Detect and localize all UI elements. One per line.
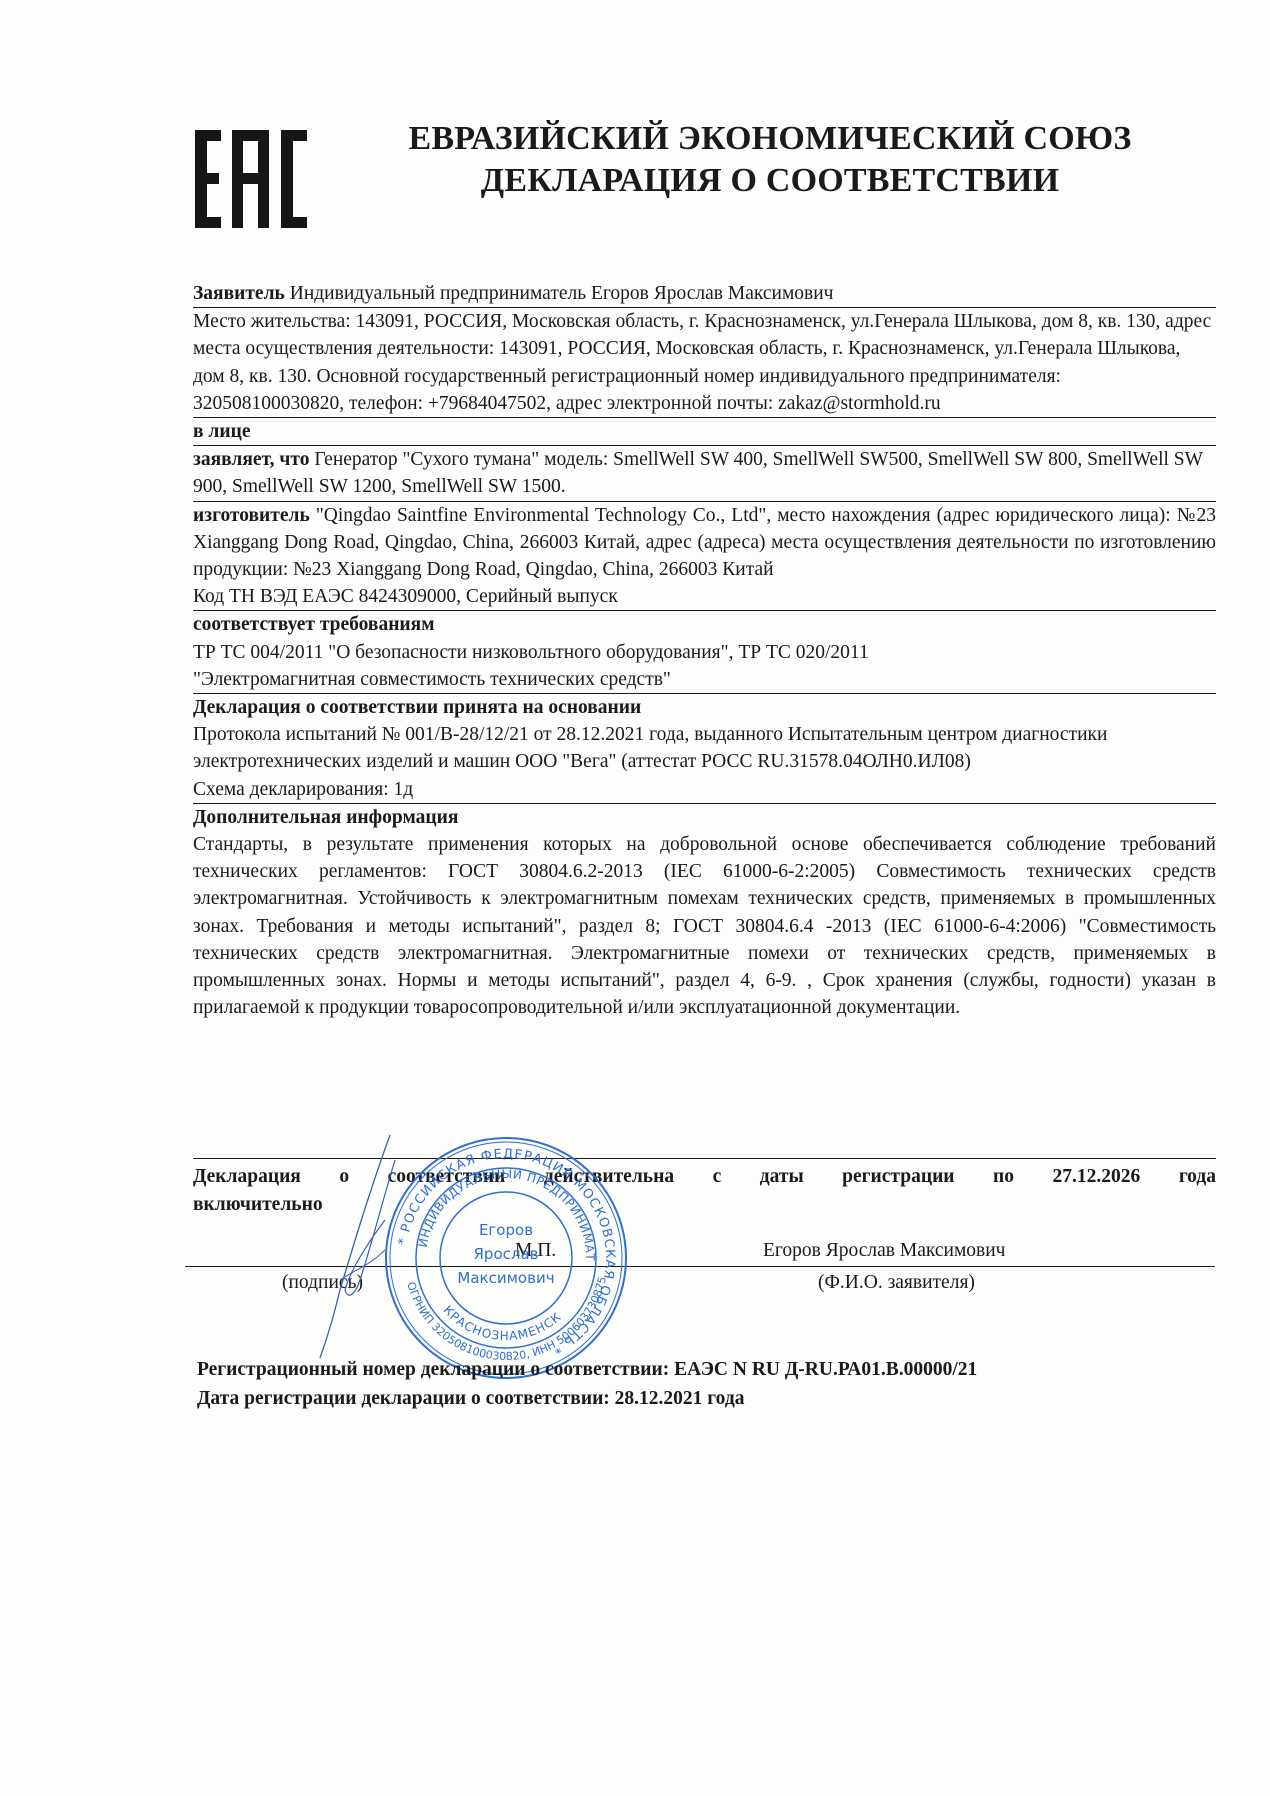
stamp-center-line3: Максимович <box>457 1269 554 1287</box>
declares-label: заявляет, что <box>193 449 310 470</box>
declares-value: Генератор "Сухого тумана" модель: SmellW… <box>193 449 1203 497</box>
applicant-label: Заявитель <box>193 283 285 304</box>
signer-name: Егоров Ярослав Максимович <box>763 1240 1005 1262</box>
manufacturer-row: изготовитель "Qingdao Saintfine Environm… <box>193 502 1216 612</box>
svg-text:КРАСНОЗНАМЕНСК: КРАСНОЗНАМЕНСК <box>441 1303 565 1343</box>
registration-info: Регистрационный номер декларации о соотв… <box>197 1355 977 1413</box>
declaration-title: ДЕКЛАРАЦИЯ О СООТВЕТСТВИИ <box>370 160 1170 202</box>
eac-logo <box>195 130 307 228</box>
additional-value: Стандарты, в результате применения котор… <box>193 831 1216 1021</box>
declaration-page: ЕВРАЗИЙСКИЙ ЭКОНОМИЧЕСКИЙ СОЮЗ ДЕКЛАРАЦИ… <box>0 0 1270 1796</box>
applicant-address: Место жительства: 143091, РОССИЯ, Москов… <box>193 308 1216 417</box>
union-title: ЕВРАЗИЙСКИЙ ЭКОНОМИЧЕСКИЙ СОЮЗ <box>370 118 1170 160</box>
registration-number: Регистрационный номер декларации о соотв… <box>197 1355 977 1384</box>
in-person-row: в лице <box>193 418 1216 446</box>
in-person-label: в лице <box>193 421 250 442</box>
applicant-value: Индивидуальный предприниматель Егоров Яр… <box>290 283 834 304</box>
additional-row: Дополнительная информация Стандарты, в р… <box>193 804 1216 1022</box>
stamp-center-line2: Ярослав <box>474 1245 539 1263</box>
document-header: ЕВРАЗИЙСКИЙ ЭКОНОМИЧЕСКИЙ СОЮЗ ДЕКЛАРАЦИ… <box>370 118 1170 202</box>
basis-value: Протокола испытаний № 001/В-28/12/21 от … <box>193 721 1193 775</box>
declaration-body: Заявитель Индивидуальный предприниматель… <box>193 280 1216 1021</box>
name-caption: (Ф.И.О. заявителя) <box>818 1272 975 1294</box>
official-stamp: * РОССИЙСКАЯ ФЕДЕРАЦИЯ МОСКОВСКАЯ ОБЛАСТ… <box>383 1135 629 1381</box>
applicant-address-row: Место жительства: 143091, РОССИЯ, Москов… <box>193 308 1216 418</box>
conforms-label: соответствует требованиям <box>193 611 1216 638</box>
registration-date: Дата регистрации декларации о соответств… <box>197 1384 977 1413</box>
stamp-center-line1: Егоров <box>479 1221 533 1239</box>
declares-row: заявляет, что Генератор "Сухого тумана" … <box>193 446 1216 501</box>
conforms-value: ТР ТС 004/2011 "О безопасности низковоль… <box>193 639 933 693</box>
hs-code: Код ТН ВЭД ЕАЭС 8424309000, Серийный вып… <box>193 583 1216 610</box>
basis-label: Декларация о соответствии принята на осн… <box>193 694 1216 721</box>
manufacturer-label: изготовитель <box>193 505 310 526</box>
basis-row: Декларация о соответствии принята на осн… <box>193 694 1216 804</box>
conforms-row: соответствует требованиям ТР ТС 004/2011… <box>193 611 1216 694</box>
stamp-city: КРАСНОЗНАМЕНСК <box>441 1303 565 1343</box>
declaration-scheme: Схема декларирования: 1д <box>193 776 1216 803</box>
manufacturer-value: "Qingdao Saintfine Environmental Technol… <box>193 505 1216 580</box>
applicant-row: Заявитель Индивидуальный предприниматель… <box>193 280 1216 308</box>
additional-label: Дополнительная информация <box>193 804 1216 831</box>
